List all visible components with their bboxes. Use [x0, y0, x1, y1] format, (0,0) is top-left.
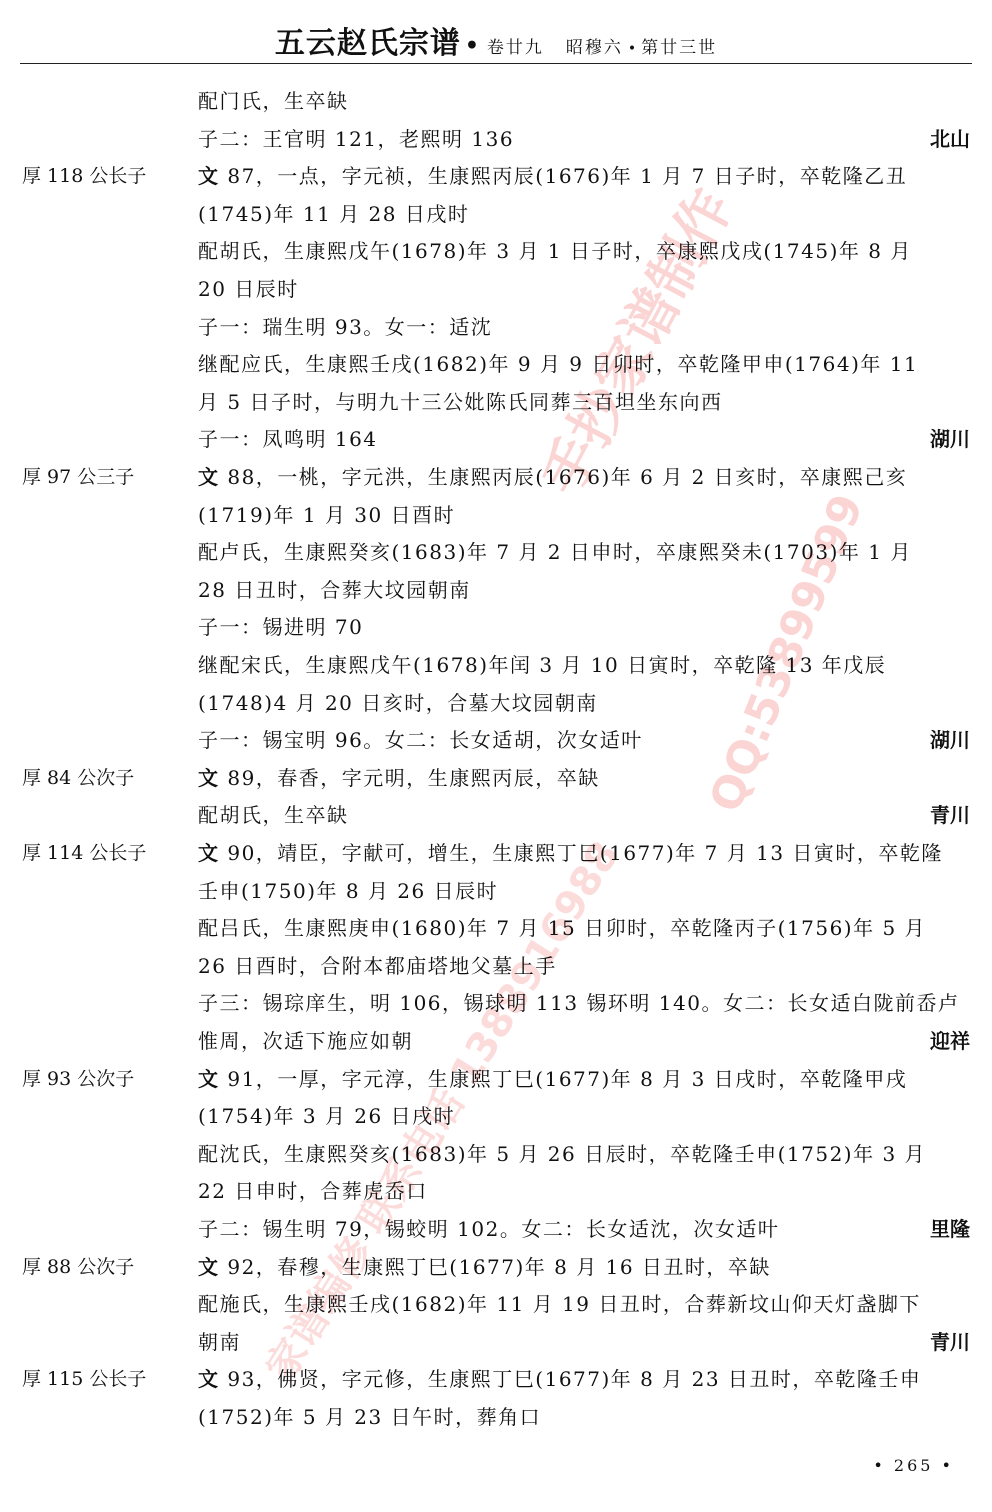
entry-text: 配施氏，生康熙壬戌(1682)年 11 月 19 日丑时，合葬新坟山仰天灯盏脚下	[198, 1292, 921, 1316]
entry-text: 朝南	[198, 1330, 241, 1354]
entry-text: 20 日辰时	[198, 277, 299, 301]
entry-text: 惟周，次适下施应如朝	[198, 1029, 413, 1053]
entry-line: (1745)年 11 月 28 日戌时	[198, 199, 970, 229]
entry-line: 配门氏，生卒缺	[198, 86, 970, 116]
entry-line: (1719)年 1 月 30 日酉时	[198, 500, 970, 530]
entry-line: 子一：凤鸣明 164	[198, 424, 970, 454]
parent-reference: 厚 118 公长子	[22, 161, 192, 191]
entry-text: 90，靖臣，字献可，增生，生康熙丁巳(1677)年 7 月 13 日寅时，卒乾隆	[220, 841, 943, 865]
entry-line: 20 日辰时	[198, 274, 970, 304]
section-label: 昭穆六	[566, 38, 623, 58]
entry-text: 子一：锡进明 70	[198, 615, 363, 639]
entry-text: (1754)年 3 月 26 日戌时	[198, 1104, 455, 1128]
volume-label: 卷廿九	[487, 38, 544, 58]
entry-line: 配胡氏，生卒缺	[198, 800, 970, 830]
entry-line: (1754)年 3 月 26 日戌时	[198, 1101, 970, 1131]
parent-reference: 厚 93 公次子	[22, 1064, 192, 1094]
entry-line: 配沈氏，生康熙癸亥(1683)年 5 月 26 日辰时，卒乾隆壬申(1752)年…	[198, 1139, 970, 1169]
parent-reference: 厚 114 公长子	[22, 838, 192, 868]
residence-place: 北山	[930, 124, 970, 154]
entry-text: 子一：瑞生明 93。女一：适沈	[198, 315, 492, 339]
person-entry-line: 文 87，一点，字元祯，生康熙丙辰(1676)年 1 月 7 日子时，卒乾隆乙丑	[198, 161, 970, 191]
generation-char: 文	[198, 1367, 220, 1391]
entry-text: 配沈氏，生康熙癸亥(1683)年 5 月 26 日辰时，卒乾隆壬申(1752)年…	[198, 1142, 926, 1166]
entry-line: 子一：锡进明 70	[198, 612, 970, 642]
entry-text: 子三：锡琮庠生，明 106，锡球明 113 锡环明 140。女二：长女适白陇前岙…	[198, 991, 959, 1015]
generation-char: 文	[198, 1255, 220, 1279]
entry-line: 惟周，次适下施应如朝	[198, 1026, 970, 1056]
residence-place: 湖川	[930, 725, 970, 755]
header-rule	[20, 63, 972, 64]
page-number: • 265 •	[873, 1456, 954, 1475]
entry-line: 子二：锡生明 79，锡蛟明 102。女二：长女适沈，次女适叶	[198, 1214, 970, 1244]
page-number-value: 265	[894, 1456, 934, 1475]
residence-place: 迎祥	[930, 1026, 970, 1056]
entry-text: 92，春穆，生康熙丁巳(1677)年 8 月 16 日丑时，卒缺	[220, 1255, 771, 1279]
entry-line: 22 日申时，合葬虎岙口	[198, 1176, 970, 1206]
entry-text: 配胡氏，生卒缺	[198, 803, 349, 827]
person-entry-line: 文 88，一桃，字元洪，生康熙丙辰(1676)年 6 月 2 日亥时，卒康熙己亥	[198, 462, 970, 492]
person-entry-line: 文 92，春穆，生康熙丁巳(1677)年 8 月 16 日丑时，卒缺	[198, 1252, 970, 1282]
entry-text: 壬申(1750)年 8 月 26 日辰时	[198, 879, 498, 903]
entry-line: 26 日酉时，合附本都庙塔地父墓上手	[198, 951, 970, 981]
entry-text: 配门氏，生卒缺	[198, 89, 349, 113]
entry-text: 87，一点，字元祯，生康熙丙辰(1676)年 1 月 7 日子时，卒乾隆乙丑	[220, 164, 908, 188]
generation-char: 文	[198, 766, 220, 790]
entry-text: 子一：锡宝明 96。女二：长女适胡，次女适叶	[198, 728, 643, 752]
entry-line: 28 日丑时，合葬大坟园朝南	[198, 575, 970, 605]
entry-text: (1745)年 11 月 28 日戌时	[198, 202, 469, 226]
entry-text: 22 日申时，合葬虎岙口	[198, 1179, 428, 1203]
entry-line: 配施氏，生康熙壬戌(1682)年 11 月 19 日丑时，合葬新坟山仰天灯盏脚下	[198, 1289, 970, 1319]
entry-line: 配吕氏，生康熙庚申(1680)年 7 月 15 日卯时，卒乾隆丙子(1756)年…	[198, 913, 970, 943]
person-entry-line: 文 90，靖臣，字献可，增生，生康熙丁巳(1677)年 7 月 13 日寅时，卒…	[198, 838, 970, 868]
entry-line: (1748)4 月 20 日亥时，合墓大坟园朝南	[198, 688, 970, 718]
entry-text: 配吕氏，生康熙庚申(1680)年 7 月 15 日卯时，卒乾隆丙子(1756)年…	[198, 916, 926, 940]
entry-line: 配胡氏，生康熙戊午(1678)年 3 月 1 日子时，卒康熙戊戌(1745)年 …	[198, 236, 970, 266]
page-header: 五云赵氏宗谱•卷廿九昭穆六•第廿三世	[0, 18, 992, 62]
entry-line: (1752)年 5 月 23 日午时，葬角口	[198, 1402, 970, 1432]
entry-text: 93，佛贤，字元修，生康熙丁巳(1677)年 8 月 23 日丑时，卒乾隆壬申	[220, 1367, 922, 1391]
residence-place: 青川	[930, 1327, 970, 1357]
generation-char: 文	[198, 164, 220, 188]
book-title: 五云赵氏宗谱	[275, 26, 461, 61]
entry-line: 子一：锡宝明 96。女二：长女适胡，次女适叶	[198, 725, 970, 755]
entry-text: 88，一桃，字元洪，生康熙丙辰(1676)年 6 月 2 日亥时，卒康熙己亥	[220, 465, 908, 489]
separator-dot: •	[465, 33, 479, 59]
entry-text: 月 5 日子时，与明九十三公妣陈氏同葬三百坦坐东向西	[198, 390, 722, 414]
entry-text: 配胡氏，生康熙戊午(1678)年 3 月 1 日子时，卒康熙戊戌(1745)年 …	[198, 239, 912, 263]
residence-place: 青川	[930, 800, 970, 830]
generation-char: 文	[198, 1067, 220, 1091]
residence-place: 湖川	[930, 424, 970, 454]
entry-text: 26 日酉时，合附本都庙塔地父墓上手	[198, 954, 557, 978]
entry-text: (1752)年 5 月 23 日午时，葬角口	[198, 1405, 541, 1429]
parent-reference: 厚 88 公次子	[22, 1252, 192, 1282]
entry-line: 继配宋氏，生康熙戊午(1678)年闰 3 月 10 日寅时，卒乾隆 13 年戊辰	[198, 650, 970, 680]
residence-place: 里隆	[930, 1214, 970, 1244]
entry-line: 壬申(1750)年 8 月 26 日辰时	[198, 876, 970, 906]
entry-line: 朝南	[198, 1327, 970, 1357]
entry-text: 继配应氏，生康熙壬戌(1682)年 9 月 9 日卯时，卒乾隆甲申(1764)年…	[198, 352, 918, 376]
entry-text: (1719)年 1 月 30 日酉时	[198, 503, 455, 527]
parent-reference: 厚 84 公次子	[22, 763, 192, 793]
entry-text: 89，春香，字元明，生康熙丙辰，卒缺	[220, 766, 600, 790]
generation-char: 文	[198, 465, 220, 489]
person-entry-line: 文 89，春香，字元明，生康熙丙辰，卒缺	[198, 763, 970, 793]
entry-line: 月 5 日子时，与明九十三公妣陈氏同葬三百坦坐东向西	[198, 387, 970, 417]
person-entry-line: 文 91，一厚，字元淳，生康熙丁巳(1677)年 8 月 3 日戌时，卒乾隆甲戌	[198, 1064, 970, 1094]
person-entry-line: 文 93，佛贤，字元修，生康熙丁巳(1677)年 8 月 23 日丑时，卒乾隆壬…	[198, 1364, 970, 1394]
generation-char: 文	[198, 841, 220, 865]
parent-reference: 厚 97 公三子	[22, 462, 192, 492]
entry-line: 子三：锡琮庠生，明 106，锡球明 113 锡环明 140。女二：长女适白陇前岙…	[198, 988, 970, 1018]
entry-text: 继配宋氏，生康熙戊午(1678)年闰 3 月 10 日寅时，卒乾隆 13 年戊辰	[198, 653, 886, 677]
entry-text: 91，一厚，字元淳，生康熙丁巳(1677)年 8 月 3 日戌时，卒乾隆甲戌	[220, 1067, 908, 1091]
entry-text: 子二：王官明 121，老熙明 136	[198, 127, 514, 151]
generation-label: 第廿三世	[641, 38, 717, 58]
entry-line: 继配应氏，生康熙壬戌(1682)年 9 月 9 日卯时，卒乾隆甲申(1764)年…	[198, 349, 970, 379]
separator-dot: •	[628, 41, 636, 57]
entry-text: 配卢氏，生康熙癸亥(1683)年 7 月 2 日申时，卒康熙癸未(1703)年 …	[198, 540, 912, 564]
entry-line: 子二：王官明 121，老熙明 136	[198, 124, 970, 154]
entry-text: (1748)4 月 20 日亥时，合墓大坟园朝南	[198, 691, 598, 715]
parent-reference: 厚 115 公长子	[22, 1364, 192, 1394]
entry-line: 子一：瑞生明 93。女一：适沈	[198, 312, 970, 342]
entry-text: 子一：凤鸣明 164	[198, 427, 378, 451]
entry-text: 28 日丑时，合葬大坟园朝南	[198, 578, 471, 602]
entry-line: 配卢氏，生康熙癸亥(1683)年 7 月 2 日申时，卒康熙癸未(1703)年 …	[198, 537, 970, 567]
entry-text: 子二：锡生明 79，锡蛟明 102。女二：长女适沈，次女适叶	[198, 1217, 779, 1241]
